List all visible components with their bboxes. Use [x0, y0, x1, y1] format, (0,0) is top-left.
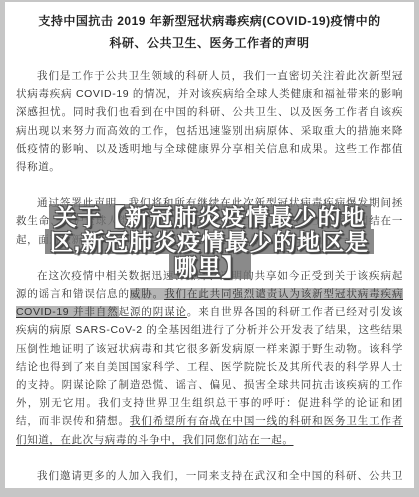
document-page: 支持中国抗击 2019 年新型冠状病毒疾病(COVID-19)疫情中的 科研、公… — [5, 2, 414, 488]
paragraph: 通过签署此声明，我们将和所有继续在此次新型冠状病毒疾病爆发期间拯救生命、保护全球… — [16, 194, 403, 249]
body-text: 。来自世界各国的科研工作者已经对引发该疾病的病原 SARS-CoV-2 的全基因… — [16, 306, 403, 427]
selected-text: 威胁。 — [130, 288, 164, 300]
screenshot-root: { "colors": { "page_background": "#fffff… — [0, 0, 419, 497]
document-body: 我们是工作于公共卫生领域的科研人员，我们一直密切关注着此次新型冠状病毒疾病 CO… — [16, 67, 403, 488]
body-text: 我们是工作于公共卫生领域的科研人员，我们一直密切关注着此次新型冠状病毒疾病 CO… — [16, 70, 403, 173]
underlined-text: 起源的阴谋论 — [119, 306, 187, 318]
document-title: 支持中国抗击 2019 年新型冠状病毒疾病(COVID-19)疫情中的 科研、公… — [16, 10, 403, 54]
document-title-line-2: 科研、公共卫生、医务工作者的声明 — [16, 32, 403, 54]
document-title-line-1: 支持中国抗击 2019 年新型冠状病毒疾病(COVID-19)疫情中的 — [16, 10, 403, 32]
paragraph: 我们是工作于公共卫生领域的科研人员，我们一直密切关注着此次新型冠状病毒疾病 CO… — [16, 67, 403, 176]
paragraph: 在这次疫情中相关数据迅速、公开、透明的共享如今正受到关于该疾病起源的谣言和错误信… — [16, 267, 403, 449]
body-text: 我们邀请更多的人加入我们，一同来支持在武汉和全中国的科研、公共卫生和医务工作者。 — [16, 470, 403, 488]
paragraph: 我们邀请更多的人加入我们，一同来支持在武汉和全中国的科研、公共卫生和医务工作者。… — [16, 467, 403, 488]
body-text: 通过签署此声明，我们将和所有继续在此次新型冠状病毒疾病爆发期间拯救生命、保护全球… — [16, 197, 403, 245]
